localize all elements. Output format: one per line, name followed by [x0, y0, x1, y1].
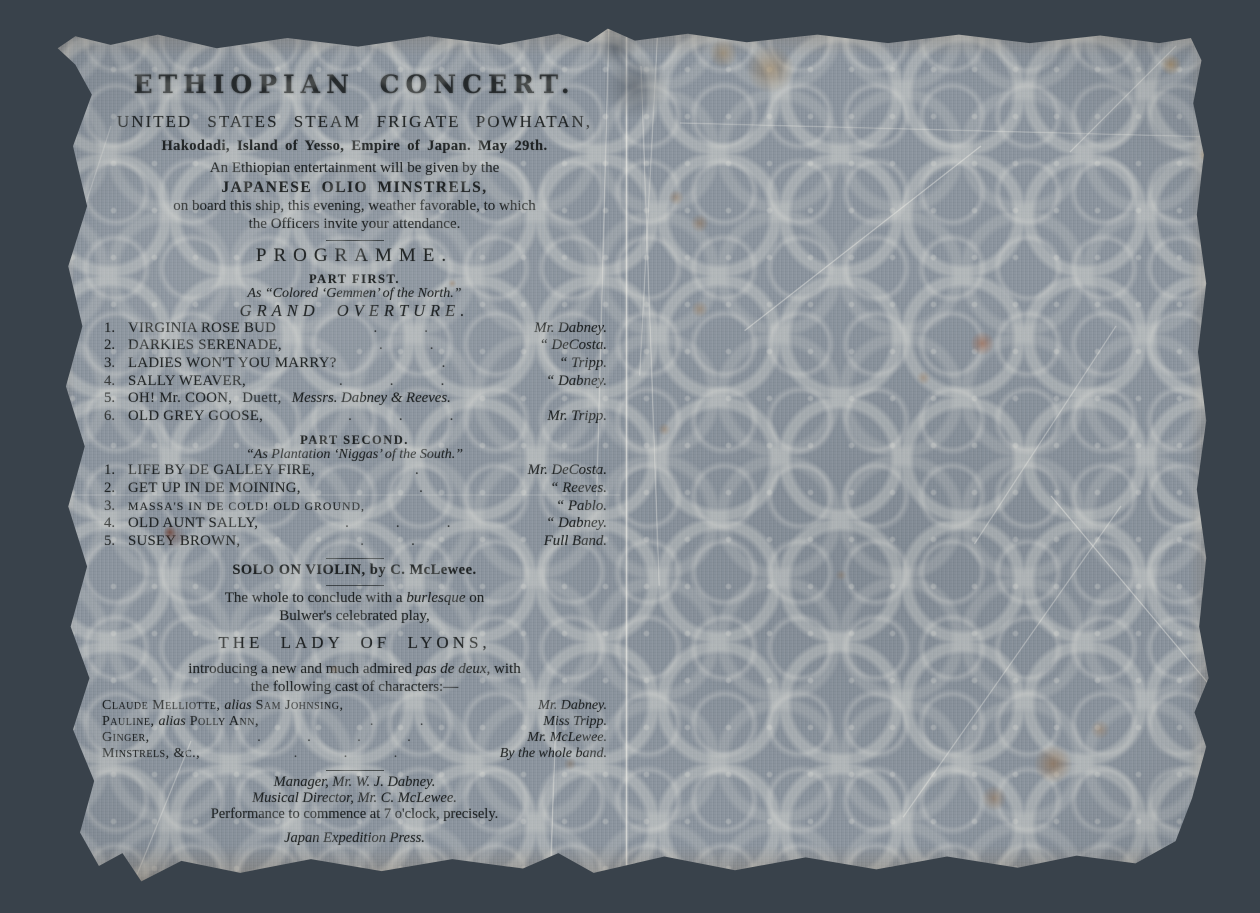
part-first-heading: PART FIRST. — [102, 272, 607, 286]
item-leader: . . . — [246, 373, 546, 391]
play-title: THE LADY OF LYONS, — [102, 632, 607, 653]
program-item: 4. OLD AUNT SALLY, . . . “ Dabney. — [102, 515, 607, 533]
item-leader: . — [301, 480, 551, 498]
cast-intro-text: with — [494, 661, 521, 677]
cast-intro-text: introducing a new and much admired — [188, 661, 412, 677]
item-title: MASSA'S IN DE COLD! OLD GROUND, — [128, 498, 365, 516]
item-title: OH! Mr. COON, — [128, 390, 232, 408]
alias-word: alias — [155, 714, 190, 730]
program-item: 2. DARKIES SERENADE, . . “ DeCosta. — [102, 337, 607, 355]
divider — [326, 770, 384, 771]
program-item: 1. VIRGINIA ROSE BUD . . Mr. Dabney. — [102, 320, 607, 338]
imprint-line: Japan Expedition Press. — [102, 830, 607, 847]
item-title: SUSEY BROWN, — [128, 533, 240, 551]
troupe-name: JAPANESE OLIO MINSTRELS, — [102, 179, 607, 197]
item-number: 2. — [104, 480, 128, 498]
cast-intro-line: the following cast of characters:— — [102, 679, 607, 696]
cast-leader: . . . — [200, 746, 500, 762]
item-performer: Mr. DeCosta. — [528, 462, 607, 480]
item-title: VIRGINIA ROSE BUD — [128, 320, 276, 338]
item-leader: . . . — [263, 408, 547, 426]
role-name: Pauline, — [102, 714, 155, 730]
alias-name: Polly Ann, — [190, 714, 259, 730]
item-performer: “ DeCosta. — [540, 337, 607, 355]
cast-row: Ginger, . . . . Mr. McLewee. — [102, 730, 607, 746]
cast-performer: Miss Tripp. — [543, 714, 607, 730]
conclude-line: The whole to conclude with a burlesque o… — [102, 590, 607, 607]
item-performer: Mr. Dabney. — [534, 320, 607, 338]
cast-row: Pauline, alias Polly Ann, . . Miss Tripp… — [102, 714, 607, 730]
intro-line: An Ethiopian entertainment will be given… — [102, 160, 607, 177]
manager-line: Manager, Mr. W. J. Dabney. — [102, 774, 607, 790]
playbill-sheet: ETHIOPIAN CONCERT. UNITED STATES STEAM F… — [40, 26, 1218, 884]
item-performer: Mr. Tripp. — [547, 408, 607, 426]
crease-line — [640, 66, 660, 586]
item-performer: “ Tripp. — [559, 355, 607, 373]
program-item: 5. OH! Mr. COON, Duett, Messrs. Dabney &… — [102, 390, 607, 408]
program-item: 4. SALLY WEAVER, . . . “ Dabney. — [102, 373, 607, 391]
cast-leader: . . . . — [150, 730, 528, 746]
item-number: 5. — [104, 533, 128, 551]
item-number: 5. — [104, 390, 128, 408]
time-line: Performance to commence at 7 o'clock, pr… — [102, 806, 607, 822]
alias-name: Sam Johnsing, — [256, 698, 344, 714]
item-title: OLD GREY GOOSE, — [128, 408, 263, 426]
item-leader: . — [337, 355, 560, 373]
item-number: 4. — [104, 373, 128, 391]
item-performer: “ Reeves. — [550, 480, 607, 498]
cast-leader: . . — [259, 714, 543, 730]
crease-line — [974, 325, 1117, 544]
item-performer: “ Dabney. — [546, 373, 607, 391]
printed-column: ETHIOPIAN CONCERT. UNITED STATES STEAM F… — [102, 26, 607, 847]
item-title: SALLY WEAVER, — [128, 373, 246, 391]
cast-performer: Mr. Dabney. — [538, 698, 607, 714]
item-title: LADIES WON'T YOU MARRY? — [128, 355, 337, 373]
part-second-heading: PART SECOND. — [102, 433, 607, 447]
director-line: Musical Director, Mr. C. McLewee. — [102, 790, 607, 806]
item-title: DARKIES SERENADE, — [128, 337, 282, 355]
intro-line: on board this ship, this evening, weathe… — [102, 198, 607, 215]
cast-row: Claude Melliotte, alias Sam Johnsing, Mr… — [102, 698, 607, 714]
playbill-title: ETHIOPIAN CONCERT. — [102, 70, 607, 100]
item-leader: Duett, — [232, 390, 292, 408]
part-first-subheading: As “Colored ‘Gemmen’ of the North.” — [102, 286, 607, 302]
role-name: Claude Melliotte, — [102, 698, 220, 714]
program-item: 2. GET UP IN DE MOINING, . “ Reeves. — [102, 480, 607, 498]
item-performer: Messrs. Dabney & Reeves. — [292, 390, 451, 408]
fold-line — [625, 26, 628, 884]
program-item: 5. SUSEY BROWN, . . Full Band. — [102, 533, 607, 551]
item-performer: “ Dabney. — [546, 515, 607, 533]
role-name: Ginger, — [102, 730, 150, 746]
program-item: 3. LADIES WON'T YOU MARRY? . “ Tripp. — [102, 355, 607, 373]
backdrop: ETHIOPIAN CONCERT. UNITED STATES STEAM F… — [0, 0, 1260, 913]
cast-intro-italic: pas de deux, — [416, 661, 491, 677]
item-number: 1. — [104, 462, 128, 480]
item-number: 6. — [104, 408, 128, 426]
crease-line — [744, 145, 982, 331]
item-number: 4. — [104, 515, 128, 533]
item-number: 3. — [104, 355, 128, 373]
item-title: OLD AUNT SALLY, — [128, 515, 258, 533]
program-item: 6. OLD GREY GOOSE, . . . Mr. Tripp. — [102, 408, 607, 426]
item-number: 1. — [104, 320, 128, 338]
crease-line — [639, 26, 659, 376]
divider — [326, 558, 384, 559]
alias-word: alias — [220, 698, 255, 714]
item-number: 2. — [104, 337, 128, 355]
crease-line — [1069, 45, 1176, 152]
program-item: 1. LIFE BY DE GALLEY FIRE, . Mr. DeCosta… — [102, 462, 607, 480]
programme-heading: PROGRAMME. — [102, 244, 607, 267]
part-second-subheading: “As Plantation ‘Niggas’ of the South.” — [102, 447, 607, 463]
conclude-italic: burlesque — [406, 590, 465, 606]
place-date-line: Hakodadi, Island of Yesso, Empire of Jap… — [102, 136, 607, 156]
cast-performer: By the whole band. — [500, 746, 607, 762]
conclude-line: Bulwer's celebrated play, — [102, 608, 607, 625]
cast-performer: Mr. McLewee. — [527, 730, 607, 746]
conclude-text: on — [469, 590, 484, 606]
item-leader: . . — [276, 320, 534, 338]
cast-row: Minstrels, &c., . . . By the whole band. — [102, 746, 607, 762]
program-item: 3. MASSA'S IN DE COLD! OLD GROUND, “ Pab… — [102, 498, 607, 516]
item-title: GET UP IN DE MOINING, — [128, 480, 301, 498]
divider — [326, 585, 384, 586]
item-leader: . . — [282, 337, 540, 355]
overture-heading: GRAND OVERTURE. — [102, 302, 607, 320]
item-leader: . . . — [258, 515, 546, 533]
divider — [326, 240, 384, 241]
crease-line — [680, 122, 1210, 138]
cast-intro-line: introducing a new and much admired pas d… — [102, 661, 607, 678]
role-name: Minstrels, &c., — [102, 746, 200, 762]
crease-line — [902, 505, 1122, 817]
item-number: 3. — [104, 498, 128, 516]
item-title: LIFE BY DE GALLEY FIRE, — [128, 462, 315, 480]
venue-line: UNITED STATES STEAM FRIGATE POWHATAN, — [102, 111, 607, 133]
item-leader: . . — [240, 533, 543, 551]
item-leader: . — [315, 462, 528, 480]
intro-line: the Officers invite your attendance. — [102, 216, 607, 233]
item-performer: Full Band. — [544, 533, 607, 551]
item-performer: “ Pablo. — [556, 498, 607, 516]
solo-line: SOLO ON VIOLIN, by C. McLewee. — [102, 562, 607, 578]
crease-line — [1050, 495, 1260, 803]
conclude-text: The whole to conclude with a — [225, 590, 403, 606]
